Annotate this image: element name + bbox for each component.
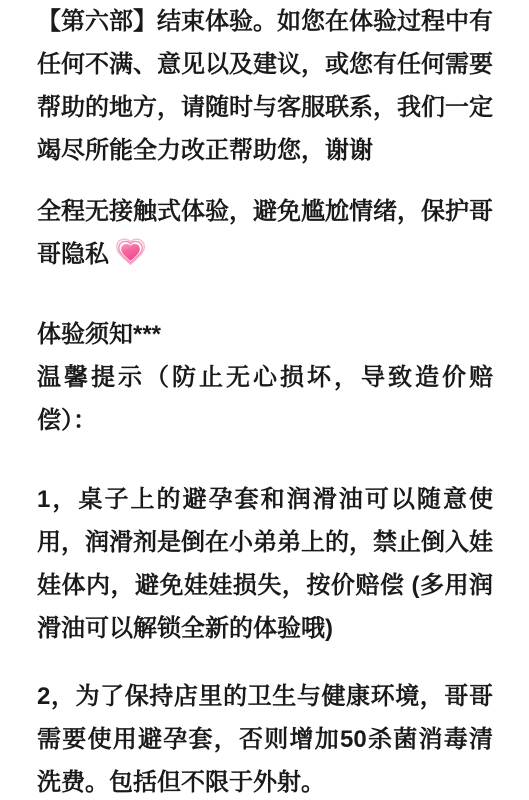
paragraph-rule-1: 1，桌子上的避孕套和润滑油可以随意使用，润滑剂是倒在小弟弟上的，禁止倒入娃娃体内… (37, 478, 493, 650)
document-page: 【第六部】结束体验。如您在体验过程中有任何不满、意见以及建议，或您有任何需要帮助… (0, 0, 529, 800)
paragraph-text: 全程无接触式体验，避免尴尬情绪，保护哥哥隐私 (37, 198, 493, 268)
paragraph-text: 体验须知*** (37, 321, 161, 348)
paragraph-text: 1，桌子上的避孕套和润滑油可以随意使用，润滑剂是倒在小弟弟上的，禁止倒入娃娃体内… (37, 486, 493, 642)
paragraph-privacy-note: 全程无接触式体验，避免尴尬情绪，保护哥哥隐私 (37, 190, 493, 276)
paragraph-section6-intro: 【第六部】结束体验。如您在体验过程中有任何不满、意见以及建议，或您有任何需要帮助… (37, 0, 493, 172)
paragraph-text: 温馨提示（防止无心损坏，导致造价赔偿）： (37, 364, 493, 434)
growing-heart-emoji (114, 235, 147, 268)
paragraph-text: 【第六部】结束体验。如您在体验过程中有任何不满、意见以及建议，或您有任何需要帮助… (37, 8, 493, 164)
paragraph-notice-title: 体验须知*** (37, 313, 493, 356)
paragraph-text: 2，为了保持店里的卫生与健康环境，哥哥需要使用避孕套，否则增加50杀菌消毒清洗费… (37, 683, 493, 796)
paragraph-rule-2: 2，为了保持店里的卫生与健康环境，哥哥需要使用避孕套，否则增加50杀菌消毒清洗费… (37, 675, 493, 800)
paragraph-warm-tip: 温馨提示（防止无心损坏，导致造价赔偿）： (37, 356, 493, 442)
